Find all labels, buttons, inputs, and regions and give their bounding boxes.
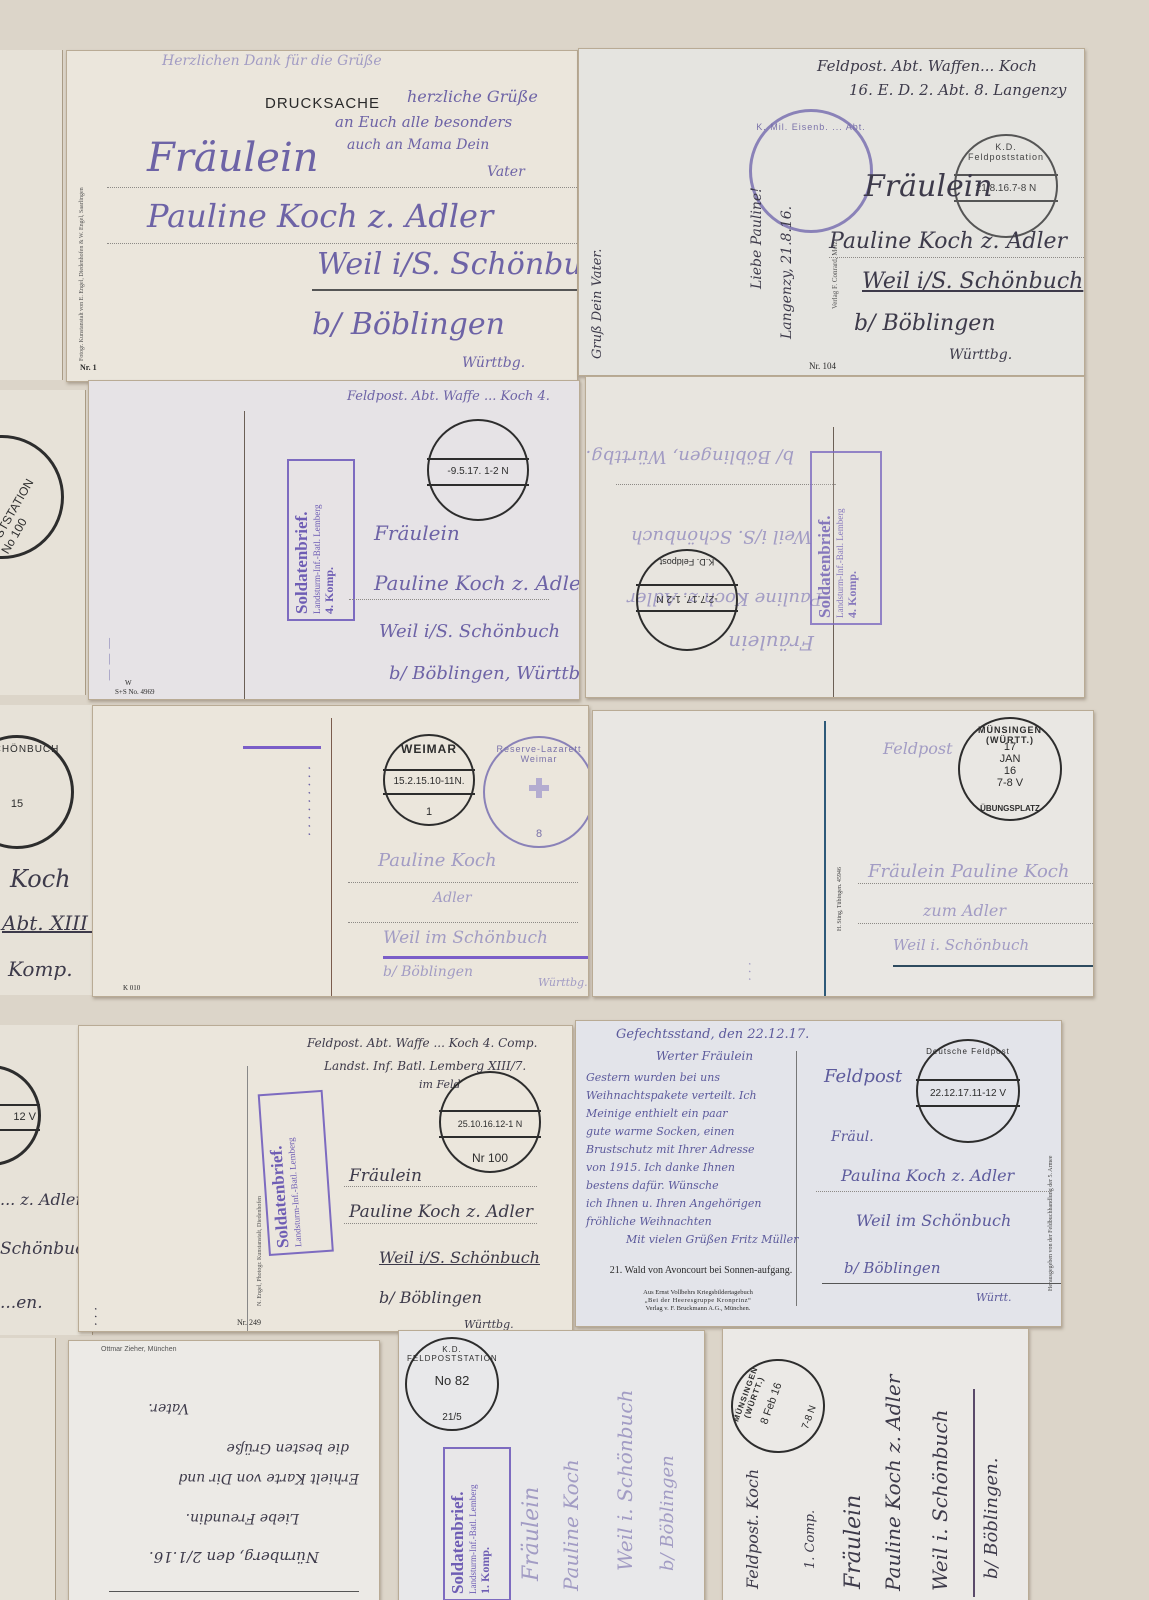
feldpoststation-postmark: K.D. FELDPOSTSTATION No 82 21/5	[405, 1337, 499, 1431]
postmark-circle: K.D. FELDPOSTSTATION No 100	[0, 435, 64, 559]
lazarett-stamp: Reserve-Lazarett Weimar 8	[483, 736, 589, 848]
red-cross-icon	[529, 778, 549, 798]
message-body: Gestern wurden bei uns Weihnachtspakete …	[586, 1069, 806, 1249]
soldatenbrief-box-stamp: Soldatenbrief. Landsturm-Inf.-Batl. Lemb…	[258, 1090, 334, 1256]
postcard-soldatenbrief-nr100: N. Engel, Photogr. Kunstanstalt, Diedenh…	[78, 1025, 573, 1332]
postcard-ottmar-zieher: Ottmar Zieher, München Nürnberg, den 2/1…	[68, 1340, 380, 1600]
edge-card-1	[0, 50, 63, 380]
postcard-weimar: · · · · · · · · · WEIMAR 15.2.15.10-11N.…	[92, 705, 589, 997]
postcard-muensingen: H. Sting, Tübingen. 45946 · · · Feldpost…	[592, 710, 1094, 997]
edge-card-2: K.D. FELDPOSTSTATION No 100	[0, 390, 86, 695]
muensingen-postmark: MÜNSINGEN (WÜRTT.) 17 JAN 16 7-8 V ÜBUNG…	[958, 717, 1062, 821]
drucksache-header: DRUCKSACHE	[265, 95, 380, 112]
postcard-wald-von-avoncourt: Gefechtsstand, den 22.12.17. Werter Fräu…	[575, 1020, 1062, 1327]
postcard-drucksache: DRUCKSACHE Fotogr. Kunstanstalt von E. E…	[66, 50, 578, 382]
message-lines: · · ·	[89, 1307, 103, 1326]
postcard-upside-down-soldatenbrief: Fräulein Pauline Koch z. Adler Weil i/S.…	[585, 376, 1085, 698]
postcard-muensingen-vertical: MÜNSINGEN (WÜRTT.) 8 Feb 16 7-8 N Feldpo…	[722, 1328, 1029, 1600]
deutsche-feldpost-postmark: Deutsche Feldpost 22.12.17.11-12 V	[916, 1039, 1020, 1143]
soldatenbrief-box-stamp: Soldatenbrief. Landsturm-Inf.-Batl. Lemb…	[443, 1447, 511, 1600]
soldatenbrief-box-stamp: Soldatenbrief. Landsturm-Inf.-Batl. Lemb…	[810, 451, 882, 625]
postmark: -9.5.17. 1-2 N	[427, 419, 529, 521]
postcard-feldpoststation-82: K.D. FELDPOSTSTATION No 82 21/5 Soldaten…	[398, 1330, 705, 1600]
postmark-circle: ...SCHÖNBUCH 15	[0, 735, 74, 849]
postcard-feldpost-104: Feldpost. Abt. Waffen... Koch 16. E. D. …	[578, 48, 1085, 376]
postmark: -2.7.17. 1-2 N K.D. Feldpost	[636, 549, 738, 651]
message-lines: · · · · · · · · ·	[295, 766, 321, 976]
nr100-postmark: 25.10.16.12-1 N Nr 100	[439, 1071, 541, 1173]
soldatenbrief-box-stamp: Soldatenbrief. Landsturm-Inf.-Batl. Lemb…	[287, 459, 355, 621]
edge-card-3: ...SCHÖNBUCH 15 Koch Abt. XIII 27. Komp.	[0, 705, 96, 995]
message-lines: · · ·	[743, 962, 757, 981]
postcard-soldatenbrief-4komp: — — — Feldpost. Abt. Waffe ... Koch 4. S…	[88, 380, 580, 700]
message-lines: — — —	[99, 391, 119, 681]
muensingen-postmark: MÜNSINGEN (WÜRTT.) 8 Feb 16 7-8 N	[722, 1346, 838, 1466]
unit-stamp: K. Mil. Eisenb. ... Abt.	[749, 109, 873, 233]
postmark-circle: 12 V	[0, 1065, 41, 1166]
edge-card-5	[0, 1338, 56, 1600]
weimar-postmark: WEIMAR 15.2.15.10-11N. 1	[383, 734, 475, 826]
image-caption: 21. Wald von Avoncourt bei Sonnen-aufgan…	[601, 1265, 801, 1277]
